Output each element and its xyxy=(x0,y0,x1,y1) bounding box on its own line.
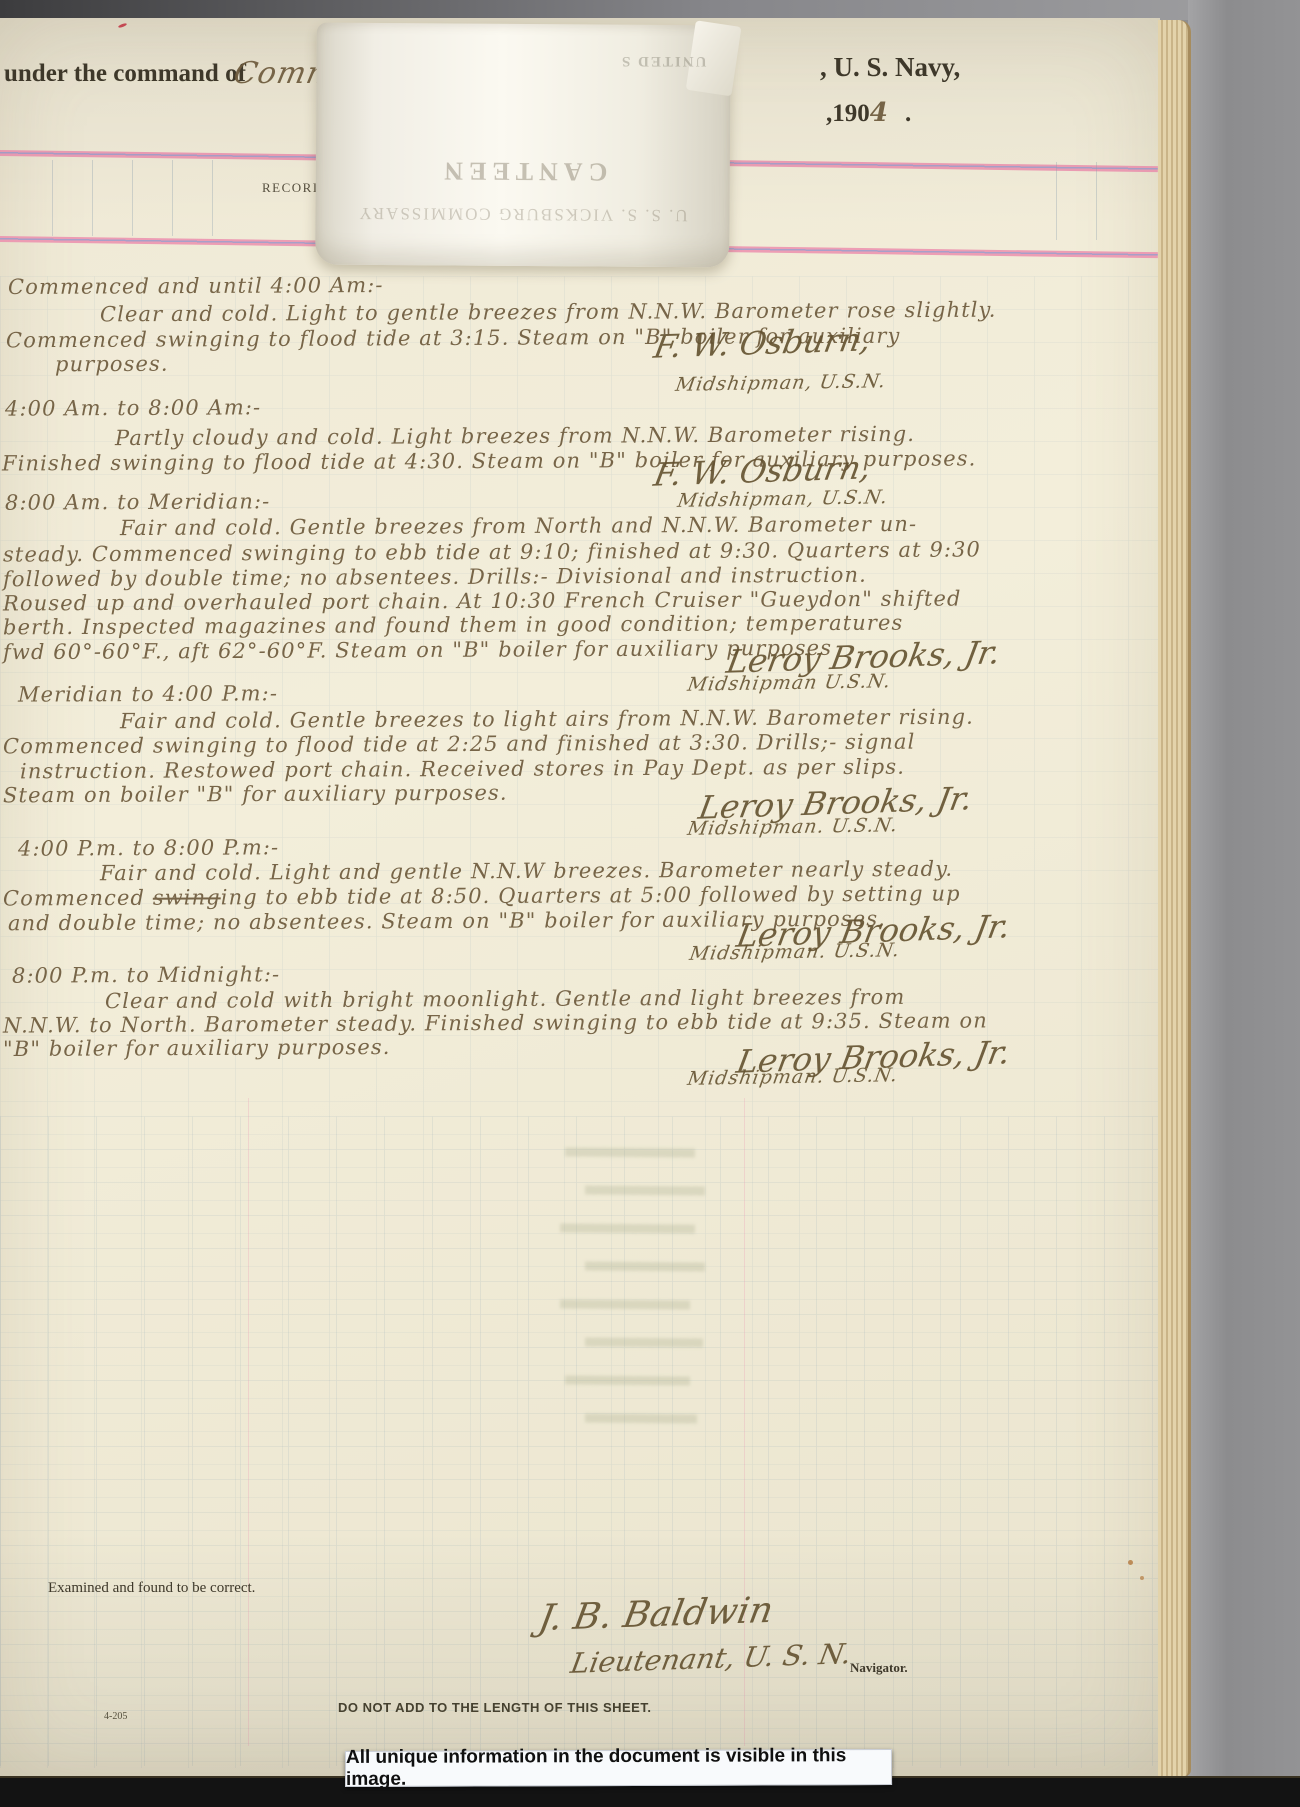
printed-navigator-title: Navigator. xyxy=(850,1660,908,1676)
rank-midshipman: Midshipman, U.S.N. xyxy=(676,486,890,512)
backdrop-top xyxy=(0,0,1300,20)
watch-heading-4: Meridian to 4:00 P.m:- xyxy=(18,681,278,706)
rank-midshipman: Midshipman. U.S.N. xyxy=(688,939,902,965)
form-number: 4-205 xyxy=(104,1711,127,1722)
column-divider xyxy=(132,160,133,236)
watch-heading-1: Commenced and until 4:00 Am:- xyxy=(8,273,384,299)
printed-record-partial: RECORD xyxy=(262,180,324,196)
log-line: fwd 60°-60°F., aft 62°-60°F. Steam on "B… xyxy=(3,636,832,664)
scroll-commissary-text: U. S. S. VICKSBURG COMMISSARY xyxy=(329,203,715,226)
log-line: Steam on boiler "B" for auxiliary purpos… xyxy=(3,781,508,808)
do-not-add-notice: DO NOT ADD TO THE LENGTH OF THIS SHEET. xyxy=(338,1700,651,1715)
log-line-segment: Commenced xyxy=(3,886,153,911)
log-line: instruction. Restowed port chain. Receiv… xyxy=(20,755,905,784)
pink-column-line xyxy=(248,1098,249,1746)
log-line: Fair and cold. Gentle breezes from North… xyxy=(120,512,917,540)
rank-midshipman: Midshipman. U.S.N. xyxy=(686,814,900,840)
watch-heading-5: 4:00 P.m. to 8:00 P.m:- xyxy=(18,835,279,860)
log-line: purposes. xyxy=(55,352,169,377)
printed-year-line: ,1904. xyxy=(826,98,911,128)
log-line: Fair and cold. Light and gentle N.N.W br… xyxy=(100,857,953,885)
column-divider xyxy=(92,160,93,236)
annotation-label: All unique information in the document i… xyxy=(345,1749,892,1787)
rust-speck xyxy=(1128,1560,1133,1565)
annotation-label-text: All unique information in the document i… xyxy=(346,1745,891,1791)
log-line: Partly cloudy and cold. Light breezes fr… xyxy=(115,422,915,450)
bleedthrough-mark xyxy=(560,1223,695,1233)
rolled-paper-scroll: U. S. S. VICKSBURG COMMISSARY CANTEEN xyxy=(315,23,731,268)
rank-midshipman: Midshipman U.S.N. xyxy=(686,670,893,696)
log-line: berth. Inspected magazines and found the… xyxy=(3,611,904,640)
scroll-showthrough-text: U. S. S. VICKSBURG COMMISSARY CANTEEN xyxy=(329,39,716,252)
log-line-segment: ing to ebb tide at 8:50. Quarters at 5:0… xyxy=(221,881,961,909)
printed-us-navy: , U. S. Navy, xyxy=(820,52,960,83)
watch-heading-3: 8:00 Am. to Meridian:- xyxy=(5,489,270,514)
book-page-edges xyxy=(1158,20,1191,1776)
log-line: Commenced swinging to flood tide at 2:25… xyxy=(3,730,916,759)
bleedthrough-mark xyxy=(565,1375,690,1385)
bleedthrough-mark xyxy=(585,1414,697,1424)
column-divider xyxy=(172,160,173,236)
rank-midshipman: Midshipman, U.S.N. xyxy=(674,370,888,396)
column-divider xyxy=(212,160,213,236)
scroll-canteen-text: CANTEEN xyxy=(330,155,716,188)
bleedthrough-mark xyxy=(585,1185,705,1195)
struck-word: swing xyxy=(153,885,221,909)
logbook-photo: under the command of Comm , U. S. Navy, … xyxy=(0,0,1300,1807)
column-divider xyxy=(1096,162,1097,240)
examined-statement: Examined and found to be correct. xyxy=(48,1580,255,1597)
handwritten-year-digit: 4 xyxy=(870,98,889,128)
watch-heading-6: 8:00 P.m. to Midnight:- xyxy=(12,962,280,987)
rust-speck xyxy=(1140,1576,1144,1580)
column-divider xyxy=(52,160,53,236)
bleedthrough-mark xyxy=(585,1261,705,1271)
bleedthrough-mark xyxy=(585,1337,703,1347)
rank-midshipman: Midshipman. U.S.N. xyxy=(686,1064,900,1090)
signature-osburn: F. W. Osburn, xyxy=(651,320,874,365)
printed-year-period: . xyxy=(889,100,911,127)
printed-command-text: under the command of xyxy=(4,60,246,88)
backdrop-right xyxy=(1188,0,1300,1807)
column-divider xyxy=(1056,162,1057,240)
watch-heading-2: 4:00 Am. to 8:00 Am:- xyxy=(5,395,261,420)
bleedthrough-mark xyxy=(565,1147,695,1157)
navigator-signature: J. B. Baldwin xyxy=(536,1590,777,1639)
log-line: Fair and cold. Gentle breezes to light a… xyxy=(120,705,974,733)
bleedthrough-mark xyxy=(560,1299,690,1309)
printed-year-prefix: ,190 xyxy=(826,100,870,127)
log-line: "B" boiler for auxiliary purposes. xyxy=(3,1035,391,1061)
